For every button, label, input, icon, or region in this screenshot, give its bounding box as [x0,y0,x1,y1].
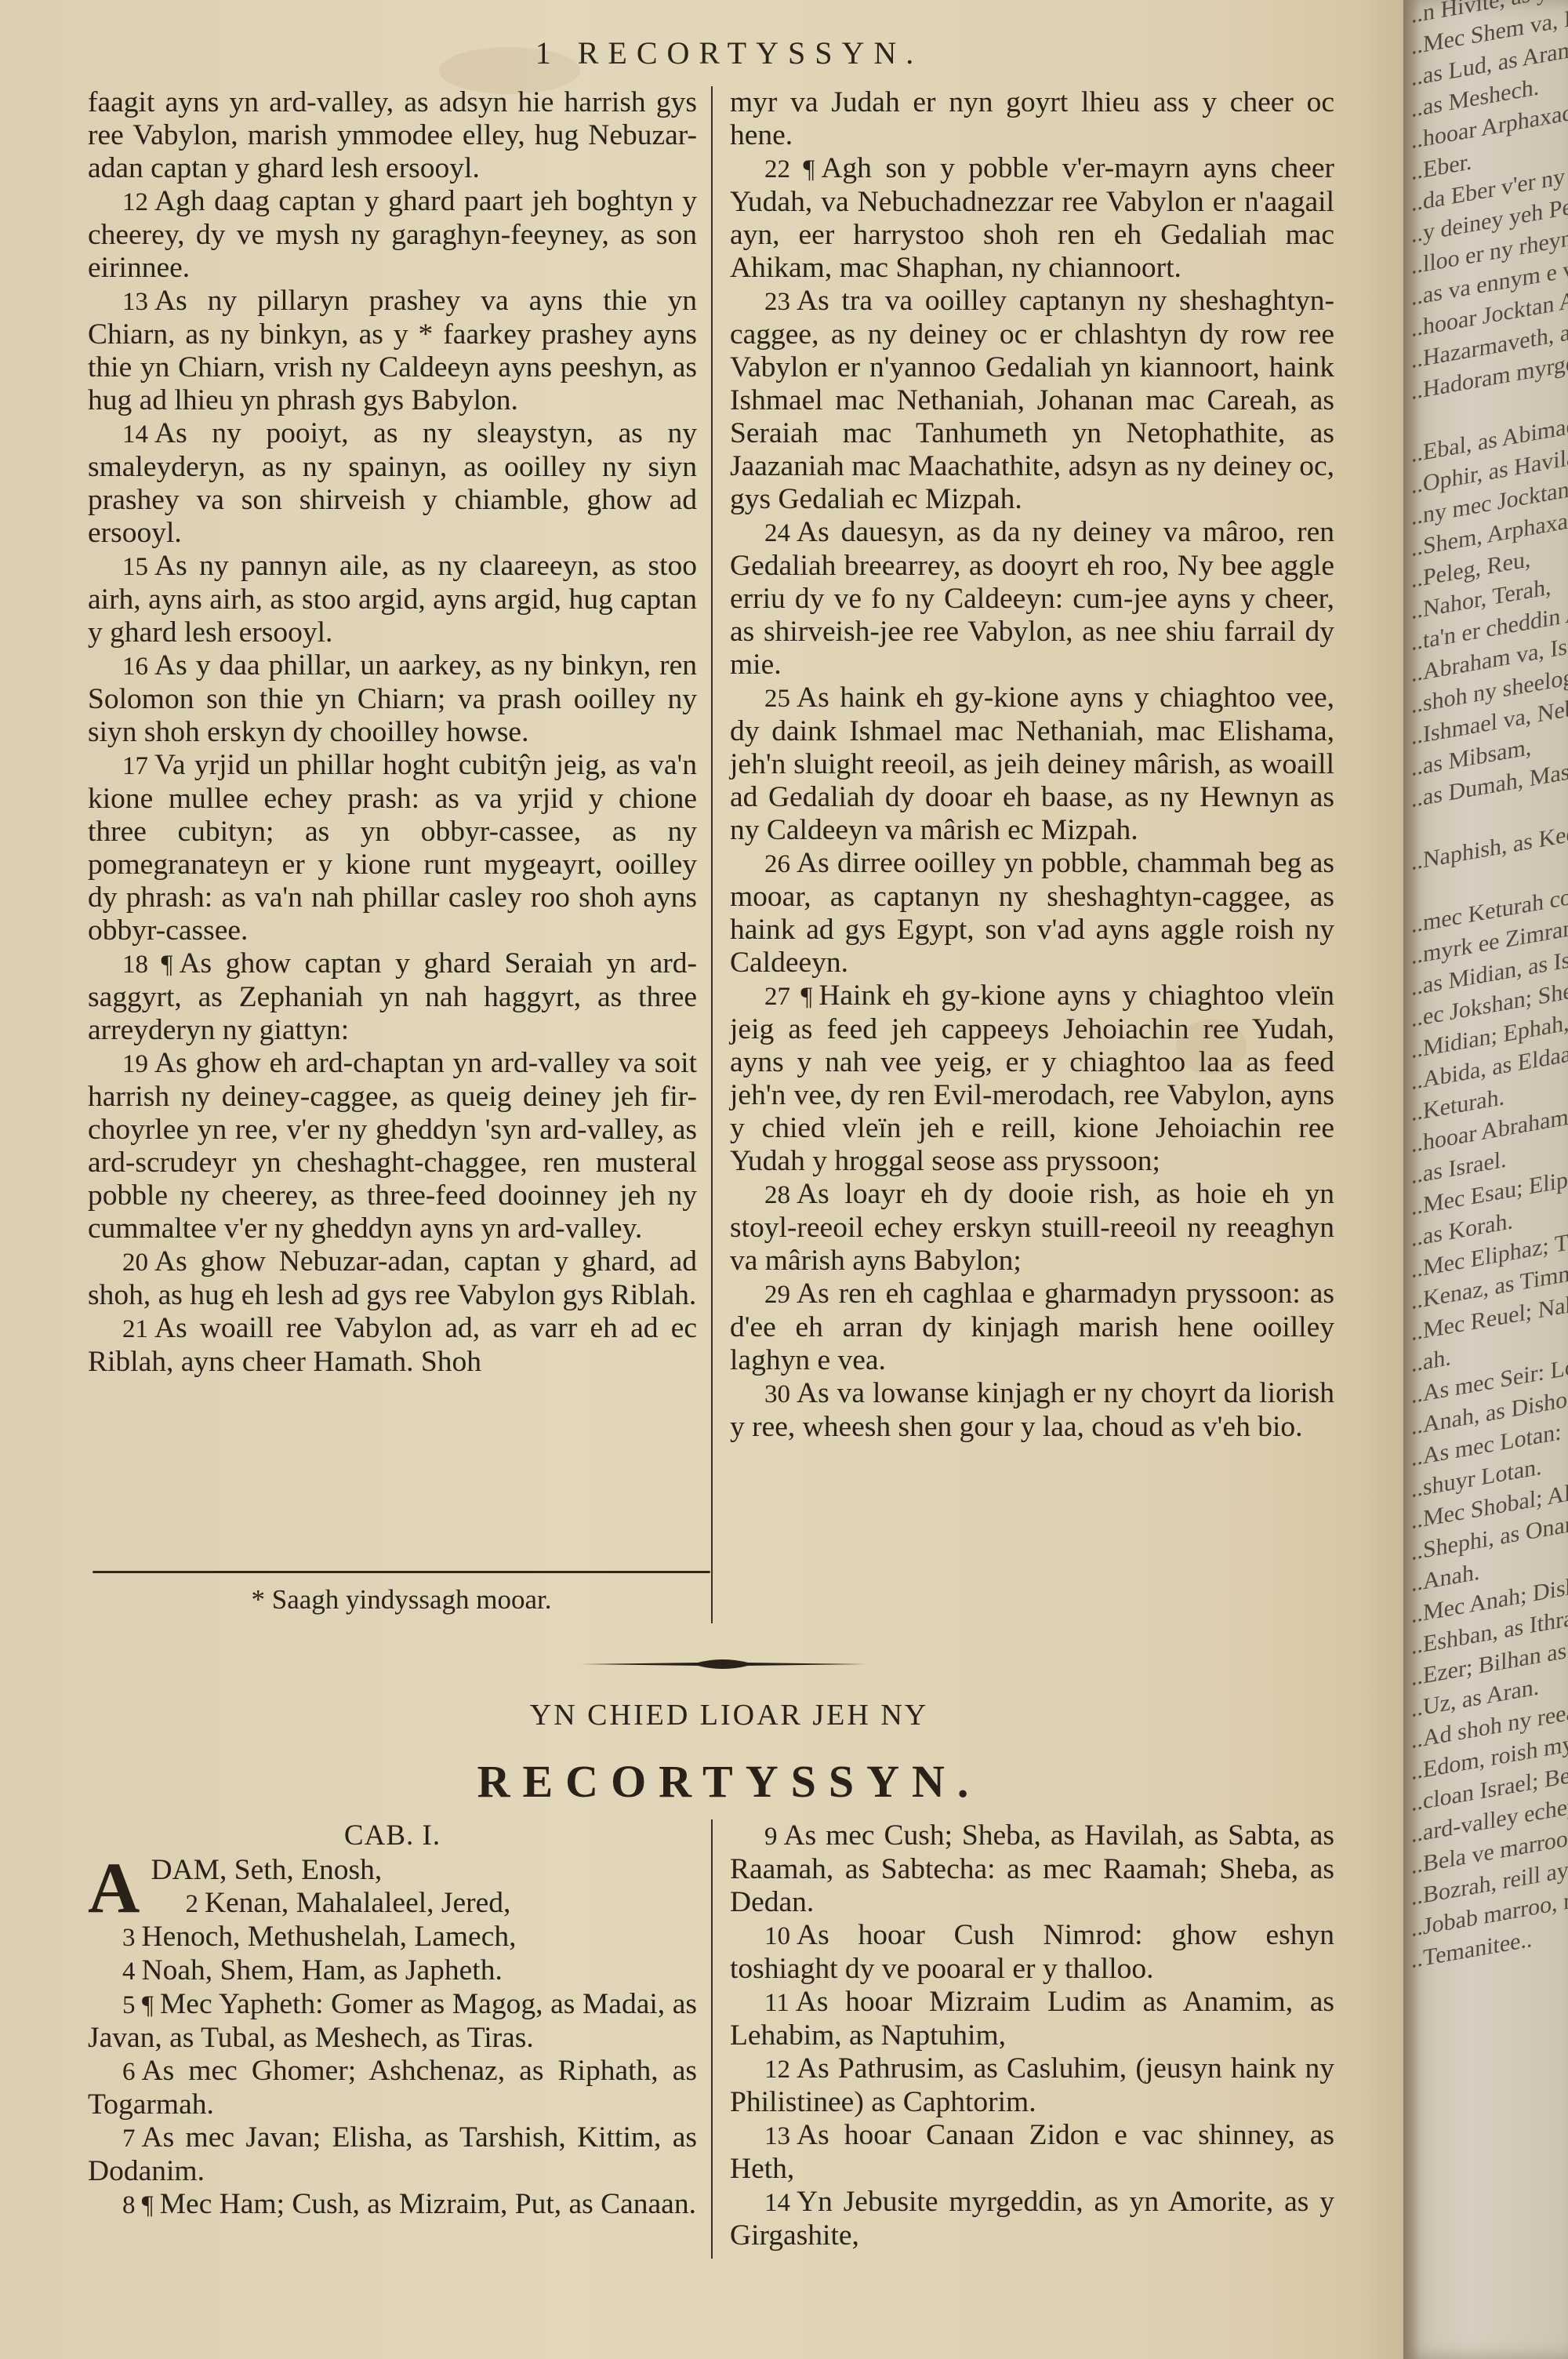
chapter-verses-left: ADAM, Seth, Enosh,2Kenan, Mahalaleel, Je… [88,1854,697,2222]
verse-number: 7 [122,2125,136,2153]
verse: 21As woaill ree Vabylon ad, as varr eh a… [88,1312,697,1379]
verse-text: Mec Yapheth: Gomer as Magog, as Madai, a… [88,1988,697,2054]
verse-number: 30 [764,1380,790,1408]
verse: 9As mec Cush; Sheba, as Havilah, as Sabt… [730,1819,1334,1919]
verse: 12Agh daag captan y ghard paart jeh bogh… [88,185,697,285]
verse: 23As tra va ooilley captanyn ny sheshagh… [730,285,1334,516]
verse-text: As dauesyn, as da ny deiney va mâroo, re… [730,516,1334,681]
verse: 22 ¶Agh son y pobble v'er-mayrn ayns che… [730,152,1334,285]
verse-text: myr va Judah er nyn goyrt lhieu ass y ch… [730,86,1334,151]
verse-text: As ny pannyn aile, as ny claareeyn, as s… [88,550,697,649]
verse-number: 11 [764,1989,789,2017]
verse-number: 23 [764,288,790,316]
verse-number: 14 [122,420,148,449]
next-page-text: ..n Hivite, as yn Arkite, as y Zem....Me… [1411,0,1568,1976]
verse: 17Va yrjid un phillar hoght cubitŷn jeig… [88,749,697,947]
verse: 25As haink eh gy-kione ayns y chiaghtoo … [730,682,1334,847]
running-head: 1 RECORTYSSYN. [0,35,1458,71]
verse-number: 14 [764,2189,790,2217]
verse-number: 21 [122,1315,148,1343]
left-column: CAB. I. ADAM, Seth, Enosh,2Kenan, Mahala… [88,1819,711,2259]
verse-number: 18 ¶ [122,951,172,979]
verse-text: Agh son y pobble v'er-mayrn ayns cheer Y… [730,152,1334,284]
verse-text: As ghow eh ard-chaptan yn ard-valley va … [88,1047,697,1245]
verse: 14Yn Jebusite myrgeddin, as yn Amorite, … [730,2186,1334,2252]
verse-number: 26 [764,850,790,878]
verse-number: 9 [764,1823,778,1851]
top-two-column-text: faagit ayns yn ard-valley, as adsyn hie … [88,86,1358,1623]
verse-number: 4 [122,1957,136,1986]
verse-text: As ny pillaryn prashey va ayns thie yn C… [88,285,697,416]
verse: 10As hooar Cush Nimrod: ghow eshyn toshi… [730,1919,1334,1986]
left-column: faagit ayns yn ard-valley, as adsyn hie … [88,86,711,1623]
verse: 18 ¶As ghow captan y ghard Seraiah yn ar… [88,947,697,1047]
footnote: * Saagh yindyssagh mooar. [93,1584,710,1616]
verse: 16As y daa phillar, un aarkey, as ny bin… [88,649,697,749]
bottom-two-column-text: CAB. I. ADAM, Seth, Enosh,2Kenan, Mahala… [88,1819,1358,2259]
drop-cap: A [88,1857,140,1918]
verse: 2Kenan, Mahalaleel, Jered, [88,1887,697,1921]
verse-text: As ren eh caghlaa e gharmadyn pryssoon: … [730,1278,1334,1376]
chapter-heading: CAB. I. [88,1819,697,1852]
verse-text: As tra va ooilley captanyn ny sheshaghty… [730,285,1334,515]
verse-number: 13 [764,2122,790,2150]
verse-text: As hooar Cush Nimrod: ghow eshyn toshiag… [730,1919,1334,1985]
verse: 6As mec Ghomer; Ashchenaz, as Riphath, a… [88,2055,697,2121]
verse-number: 10 [764,1922,790,1950]
verse: 15As ny pannyn aile, as ny claareeyn, as… [88,550,697,649]
verse-text: As y daa phillar, un aarkey, as ny binky… [88,649,697,748]
ornament-divider-icon [580,1656,866,1672]
verse-number: 6 [122,2058,136,2086]
verse-text: As mec Ghomer; Ashchenaz, as Riphath, as… [88,2055,697,2121]
verse-number: 2 [185,1890,198,1918]
verse-text: Haink eh gy-kione ayns y chiaghtoo vleïn… [730,980,1334,1177]
verse-number: 20 [122,1249,148,1277]
footnote-rule [93,1571,710,1573]
verse-number: 16 [122,652,148,681]
verse-text: As Pathrusim, as Casluhim, (jeusyn haink… [730,2052,1334,2118]
verse-number: 19 [122,1050,148,1078]
verse-text: As dirree ooilley yn pobble, chammah beg… [730,847,1334,979]
verse-text: As hooar Canaan Zidon e vac shinney, as … [730,2119,1334,2185]
verse-number: 29 [764,1281,790,1309]
verse-number: 27 ¶ [764,983,812,1011]
verse-text: Henoch, Methushelah, Lamech, [142,1921,517,1953]
verse-text: As mec Cush; Sheba, as Havilah, as Sabta… [730,1819,1334,1918]
verse: 26As dirree ooilley yn pobble, chammah b… [730,847,1334,980]
verse-text: Noah, Shem, Ham, as Japheth. [142,1954,503,1986]
verse-text: Agh daag captan y ghard paart jeh boghty… [88,185,697,284]
verse-text: As haink eh gy-kione ayns y chiaghtoo ve… [730,682,1334,846]
verse: 13As ny pillaryn prashey va ayns thie yn… [88,285,697,417]
verse: 4Noah, Shem, Ham, as Japheth. [88,1954,697,1988]
verse: ADAM, Seth, Enosh, [88,1854,697,1887]
verse-number: 13 [122,288,148,316]
verse: faagit ayns yn ard-valley, as adsyn hie … [88,86,697,185]
verse-text: As loayr eh dy dooie rish, as hoie eh yn… [730,1178,1334,1277]
verse-number: 12 [764,2055,790,2084]
verse-text: As hooar Mizraim Ludim as Anamim, as Leh… [730,1986,1334,2052]
book-pre-title: YN CHIED LIOAR JEH NY [0,1698,1458,1732]
verse-number: 28 [764,1181,790,1209]
verse-number: 15 [122,553,148,581]
verse-number: 22 ¶ [764,155,815,184]
verse: 11As hooar Mizraim Ludim as Anamim, as L… [730,1986,1334,2052]
book-page: 1 RECORTYSSYN. faagit ayns yn ard-valley… [0,0,1411,2359]
verse-number: 12 [122,188,148,216]
verse-text: As ghow Nebuzar-adan, captan y ghard, ad… [88,1245,697,1311]
book-title: RECORTYSSYN. [0,1755,1458,1808]
verse-text: DAM, Seth, Enosh, [151,1854,382,1886]
verse: 3Henoch, Methushelah, Lamech, [88,1921,697,1954]
verse: 14As ny pooiyt, as ny sleaystyn, as ny s… [88,417,697,550]
verse-text: Mec Ham; Cush, as Mizraim, Put, as Canaa… [160,2188,696,2220]
verse-text: As mec Javan; Elisha, as Tarshish, Kitti… [88,2121,697,2187]
right-column: myr va Judah er nyn goyrt lhieu ass y ch… [711,86,1334,1623]
verse: myr va Judah er nyn goyrt lhieu ass y ch… [730,86,1334,152]
verse-number: 25 [764,685,790,713]
next-page-edge: ..n Hivite, as yn Arkite, as y Zem....Me… [1403,0,1568,2359]
verse-text: As ghow captan y ghard Seraiah yn ard-sa… [88,947,697,1046]
verse: 13As hooar Canaan Zidon e vac shinney, a… [730,2119,1334,2186]
verse-number: 24 [764,519,790,547]
verse: 19As ghow eh ard-chaptan yn ard-valley v… [88,1047,697,1245]
verse-number: 17 [122,752,148,780]
verse: 28As loayr eh dy dooie rish, as hoie eh … [730,1178,1334,1278]
verse-text: Kenan, Mahalaleel, Jered, [205,1887,510,1919]
verse: 5 ¶Mec Yapheth: Gomer as Magog, as Madai… [88,1988,697,2055]
verse: 7As mec Javan; Elisha, as Tarshish, Kitt… [88,2121,697,2188]
verse-text: Va yrjid un phillar hoght cubitŷn jeig, … [88,749,697,947]
verse-text: As woaill ree Vabylon ad, as varr eh ad … [88,1312,697,1378]
verse: 27 ¶Haink eh gy-kione ayns y chiaghtoo v… [730,980,1334,1178]
verse: 30As va lowanse kinjagh er ny choyrt da … [730,1377,1334,1444]
verse: 29As ren eh caghlaa e gharmadyn pryssoon… [730,1278,1334,1377]
verse: 20As ghow Nebuzar-adan, captan y ghard, … [88,1245,697,1312]
verse: 8 ¶Mec Ham; Cush, as Mizraim, Put, as Ca… [88,2188,697,2222]
verse: 12As Pathrusim, as Casluhim, (jeusyn hai… [730,2052,1334,2119]
verse-number: 3 [122,1924,136,1952]
verse-text: As ny pooiyt, as ny sleaystyn, as ny sma… [88,417,697,549]
verse-text: As va lowanse kinjagh er ny choyrt da li… [730,1377,1334,1443]
verse-number: 5 ¶ [122,1991,154,2019]
right-column: 9As mec Cush; Sheba, as Havilah, as Sabt… [711,1819,1334,2259]
verse-number: 8 ¶ [122,2191,154,2219]
verse-text: faagit ayns yn ard-valley, as adsyn hie … [88,86,697,184]
verse-text: Yn Jebusite myrgeddin, as yn Amorite, as… [730,2186,1334,2252]
verse: 24As dauesyn, as da ny deiney va mâroo, … [730,516,1334,682]
